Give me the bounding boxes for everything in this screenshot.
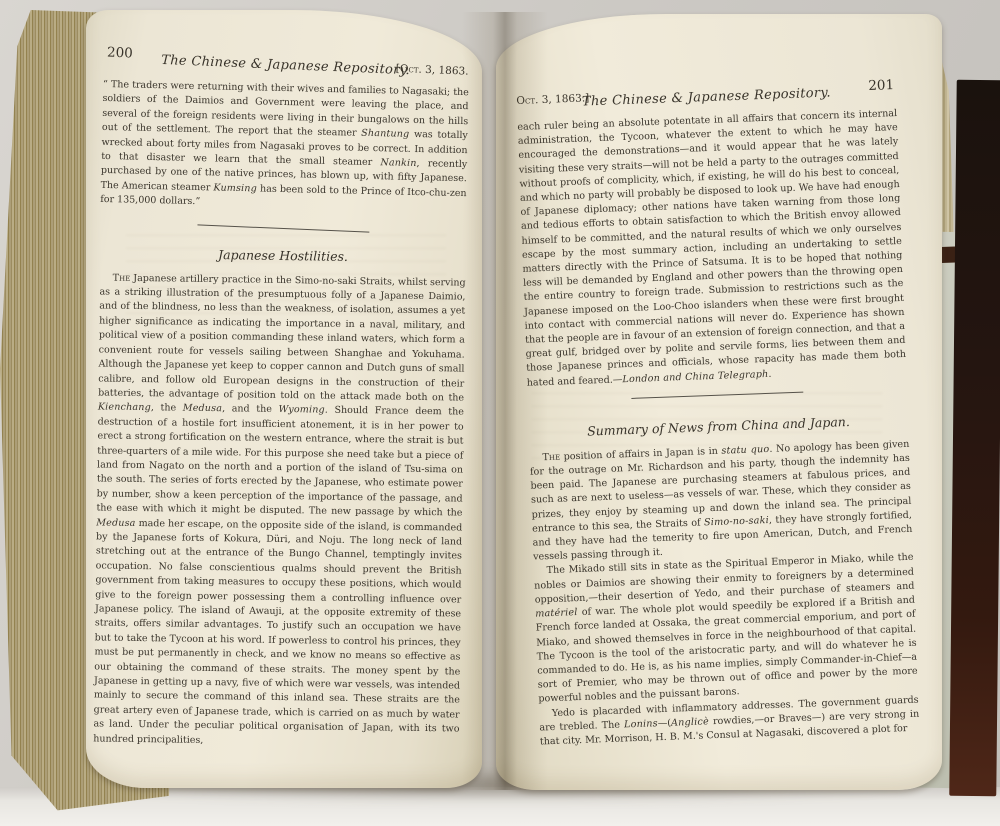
book-photo-scene: 200 The Chinese & Japanese Repository. [… xyxy=(0,0,1000,826)
left-running-title: The Chinese & Japanese Repository. xyxy=(161,53,410,78)
right-section-rule xyxy=(631,392,803,399)
left-running-head: 200 The Chinese & Japanese Repository. [… xyxy=(102,46,469,81)
right-section-paragraph-2: The Mikado still sits in state as the Sp… xyxy=(533,551,918,707)
right-running-title: The Chinese & Japanese Repository. xyxy=(582,85,831,109)
right-page-number: 201 xyxy=(868,77,894,94)
right-running-head: Oct. 3, 1863.] The Chinese & Japanese Re… xyxy=(516,79,896,113)
left-section-rule xyxy=(197,224,369,232)
right-section-paragraph-1: The position of affairs in Japan is in s… xyxy=(529,438,913,565)
left-intro-paragraph: “ The traders were returning with their … xyxy=(100,78,469,216)
right-section-heading: Summary of News from China and Japan. xyxy=(528,412,908,441)
left-page-number: 200 xyxy=(107,45,133,62)
left-section-paragraph: The Japanese artillery practice in the S… xyxy=(93,271,466,751)
left-page-content: 200 The Chinese & Japanese Repository. [… xyxy=(93,51,469,751)
right-page-content: Oct. 3, 1863.] The Chinese & Japanese Re… xyxy=(516,79,920,750)
left-section-heading: Japanese Hostilities. xyxy=(100,245,466,265)
book-cover-right xyxy=(949,80,1000,796)
right-page: Oct. 3, 1863.] The Chinese & Japanese Re… xyxy=(496,14,942,790)
left-page: 200 The Chinese & Japanese Repository. [… xyxy=(86,10,482,788)
right-continuation-paragraph: each ruler being an absolute potentate i… xyxy=(517,107,907,391)
gutter-shadow xyxy=(462,12,548,790)
